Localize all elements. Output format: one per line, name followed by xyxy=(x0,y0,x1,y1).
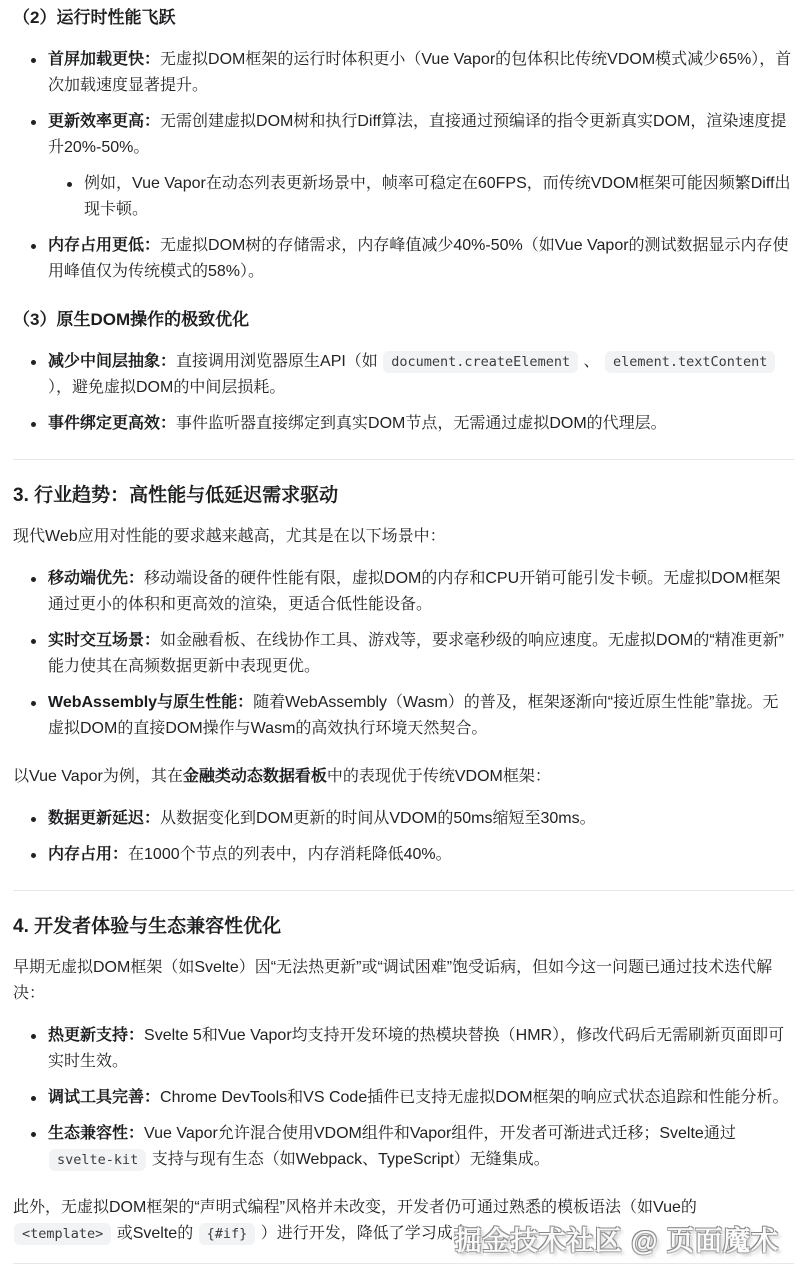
list-item: 实时交互场景：如金融看板、在线协作工具、游戏等，要求毫秒级的响应速度。无虚拟DO… xyxy=(48,628,794,680)
inline-code: element.textContent xyxy=(605,351,775,373)
list-item: 内存占用更低：无虚拟DOM树的存储需求，内存峰值减少40%-50%（如Vue V… xyxy=(48,233,794,285)
section-heading: 3. 行业趋势：高性能与低延迟需求驱动 xyxy=(13,482,794,510)
text-run: Vue Vapor允许混合使用VDOM组件和Vapor组件，开发者可渐进式迁移；… xyxy=(144,1125,736,1142)
article-body: （2）运行时性能飞跃首屏加载更快：无虚拟DOM框架的运行时体积更小（Vue Va… xyxy=(0,0,806,1264)
section-divider xyxy=(13,1263,794,1264)
inline-code: document.createElement xyxy=(383,351,578,373)
text-run: 在1000个节点的列表中，内存消耗降低40%。 xyxy=(128,846,452,863)
section-divider xyxy=(13,890,794,891)
bold-text: 更新效率更高： xyxy=(48,113,160,130)
text-run: 以Vue Vapor为例，其在 xyxy=(13,768,183,785)
bold-text: 金融类动态数据看板 xyxy=(183,768,327,785)
list-item: 热更新支持：Svelte 5和Vue Vapor均支持开发环境的热模块替换（HM… xyxy=(48,1023,794,1075)
text-run: 例如，Vue Vapor在动态列表更新场景中，帧率可稳定在60FPS，而传统VD… xyxy=(84,175,790,218)
bold-text: 热更新支持： xyxy=(48,1027,144,1044)
text-run: 此外，无虚拟DOM框架的“声明式编程”风格并未改变，开发者仍可通过熟悉的模板语法… xyxy=(13,1199,697,1216)
bold-text: 内存占用： xyxy=(48,846,128,863)
bullet-list: 移动端优先：移动端设备的硬件性能有限，虚拟DOM的内存和CPU开销可能引发卡顿。… xyxy=(13,566,794,742)
nested-bullet-list: 例如，Vue Vapor在动态列表更新场景中，帧率可稳定在60FPS，而传统VD… xyxy=(48,171,794,223)
inline-code: svelte-kit xyxy=(49,1149,146,1171)
subsection-heading: （2）运行时性能飞跃 xyxy=(13,5,794,31)
text-run: 直接调用浏览器原生API（如 xyxy=(176,353,382,370)
text-run: 现代Web应用对性能的要求越来越高，尤其是在以下场景中： xyxy=(13,528,446,545)
paragraph: 现代Web应用对性能的要求越来越高，尤其是在以下场景中： xyxy=(13,524,794,550)
list-item: WebAssembly与原生性能：随着WebAssembly（Wasm）的普及，… xyxy=(48,690,794,742)
text-run: Svelte 5和Vue Vapor均支持开发环境的热模块替换（HMR），修改代… xyxy=(48,1027,784,1070)
text-run: 移动端设备的硬件性能有限，虚拟DOM的内存和CPU开销可能引发卡顿。无虚拟DOM… xyxy=(48,570,780,613)
text-run: 早期无虚拟DOM框架（如Svelte）因“无法热更新”或“调试困难”饱受诟病，但… xyxy=(13,959,772,1002)
list-item: 例如，Vue Vapor在动态列表更新场景中，帧率可稳定在60FPS，而传统VD… xyxy=(84,171,794,223)
list-item: 减少中间层抽象：直接调用浏览器原生API（如 document.createEl… xyxy=(48,349,794,401)
bold-text: 数据更新延迟： xyxy=(48,810,160,827)
bullet-list: 热更新支持：Svelte 5和Vue Vapor均支持开发环境的热模块替换（HM… xyxy=(13,1023,794,1173)
list-item: 首屏加载更快：无虚拟DOM框架的运行时体积更小（Vue Vapor的包体积比传统… xyxy=(48,47,794,99)
list-item: 更新效率更高：无需创建虚拟DOM树和执行Diff算法，直接通过预编译的指令更新真… xyxy=(48,109,794,223)
section-divider xyxy=(13,459,794,460)
text-run: 或Svelte的 xyxy=(112,1225,197,1242)
bold-text: 调试工具完善： xyxy=(48,1089,160,1106)
bullet-list: 数据更新延迟：从数据变化到DOM更新的时间从VDOM的50ms缩短至30ms。内… xyxy=(13,806,794,868)
list-item: 内存占用：在1000个节点的列表中，内存消耗降低40%。 xyxy=(48,842,794,868)
bullet-list: 首屏加载更快：无虚拟DOM框架的运行时体积更小（Vue Vapor的包体积比传统… xyxy=(13,47,794,285)
bold-text: 实时交互场景： xyxy=(48,632,160,649)
bold-text: 移动端优先： xyxy=(48,570,144,587)
text-run: 中的表现优于传统VDOM框架： xyxy=(327,768,551,785)
article-page: （2）运行时性能飞跃首屏加载更快：无虚拟DOM框架的运行时体积更小（Vue Va… xyxy=(0,0,806,1278)
list-item: 调试工具完善：Chrome DevTools和VS Code插件已支持无虚拟DO… xyxy=(48,1085,794,1111)
bold-text: 首屏加载更快： xyxy=(48,51,160,68)
bold-text: 内存占用更低： xyxy=(48,237,160,254)
text-run: 、 xyxy=(579,353,604,370)
inline-code: {#if} xyxy=(199,1223,256,1245)
text-run: 支持与现有生态（如Webpack、TypeScript）无缝集成。 xyxy=(147,1151,549,1168)
text-run: Chrome DevTools和VS Code插件已支持无虚拟DOM框架的响应式… xyxy=(160,1089,789,1106)
bullet-list: 减少中间层抽象：直接调用浏览器原生API（如 document.createEl… xyxy=(13,349,794,437)
text-run: 无虚拟DOM树的存储需求，内存峰值减少40%-50%（如Vue Vapor的测试… xyxy=(48,237,789,280)
inline-code: <template> xyxy=(14,1223,111,1245)
paragraph: 此外，无虚拟DOM框架的“声明式编程”风格并未改变，开发者仍可通过熟悉的模板语法… xyxy=(13,1195,794,1247)
list-item: 数据更新延迟：从数据变化到DOM更新的时间从VDOM的50ms缩短至30ms。 xyxy=(48,806,794,832)
text-run: ），避免虚拟DOM的中间层损耗。 xyxy=(48,379,285,396)
list-item: 移动端优先：移动端设备的硬件性能有限，虚拟DOM的内存和CPU开销可能引发卡顿。… xyxy=(48,566,794,618)
bold-text: WebAssembly与原生性能： xyxy=(48,694,253,711)
section-heading: 4. 开发者体验与生态兼容性优化 xyxy=(13,913,794,941)
paragraph: 以Vue Vapor为例，其在金融类动态数据看板中的表现优于传统VDOM框架： xyxy=(13,764,794,790)
text-run: 事件监听器直接绑定到真实DOM节点，无需通过虚拟DOM的代理层。 xyxy=(176,415,667,432)
bold-text: 生态兼容性： xyxy=(48,1125,144,1142)
text-run: 无虚拟DOM框架的运行时体积更小（Vue Vapor的包体积比传统VDOM模式减… xyxy=(48,51,791,94)
text-run: 从数据变化到DOM更新的时间从VDOM的50ms缩短至30ms。 xyxy=(160,810,596,827)
paragraph: 早期无虚拟DOM框架（如Svelte）因“无法热更新”或“调试困难”饱受诟病，但… xyxy=(13,955,794,1007)
list-item: 生态兼容性：Vue Vapor允许混合使用VDOM组件和Vapor组件，开发者可… xyxy=(48,1121,794,1173)
text-run: ）进行开发，降低了学习成本。 xyxy=(256,1225,484,1242)
subsection-heading: （3）原生DOM操作的极致优化 xyxy=(13,307,794,333)
bold-text: 事件绑定更高效： xyxy=(48,415,176,432)
list-item: 事件绑定更高效：事件监听器直接绑定到真实DOM节点，无需通过虚拟DOM的代理层。 xyxy=(48,411,794,437)
bold-text: 减少中间层抽象： xyxy=(48,353,176,370)
